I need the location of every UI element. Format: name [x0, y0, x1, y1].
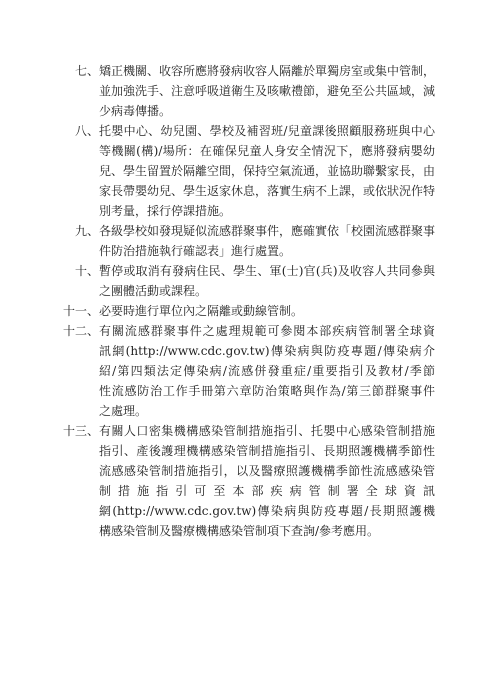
text-line: 之處理。 [99, 401, 435, 421]
item-text: 矯正機關、收容所應將發病收容人隔離於單獨房室或集中管制，並加強洗手、注意呼吸道衛… [99, 61, 435, 121]
item-text: 暫停或取消有發病住民、學生、軍(士)官(兵)及收容人共同參與之團體活動或課程。 [99, 261, 435, 301]
text-line: 件防治措施執行確認表」進行處置。 [99, 241, 435, 261]
list-item: 九、 各級學校如發現疑似流感群聚事件，應確實依「校園流感群聚事件防治措施執行確認… [55, 221, 437, 261]
item-number: 十三、 [55, 421, 99, 441]
text-line: 網(http://www.cdc.gov.tw)傳染病與防疫專題/長期照護機 [99, 501, 435, 521]
numbered-list: 七、 矯正機關、收容所應將發病收容人隔離於單獨房室或集中管制，並加強洗手、注意呼… [55, 61, 437, 541]
text-line: 暫停或取消有發病住民、學生、軍(士)官(兵)及收容人共同參與 [99, 261, 435, 281]
text-line: 性流感防治工作手冊第六章防治策略與作為/第三節群聚事件 [99, 381, 435, 401]
item-number: 十、 [55, 261, 99, 281]
item-number: 八、 [55, 121, 99, 141]
item-text: 各級學校如發現疑似流感群聚事件，應確實依「校園流感群聚事件防治措施執行確認表」進… [99, 221, 435, 261]
text-line: 別考量，採行停課措施。 [99, 201, 435, 221]
list-item: 十一、 必要時進行單位內之隔離或動線管制。 [55, 301, 437, 321]
item-number: 九、 [55, 221, 99, 241]
text-line: 等機關(構)/場所：在確保兒童人身安全情況下，應將發病嬰幼 [99, 141, 435, 161]
item-text: 有關人口密集機構感染管制措施指引、托嬰中心感染管制措施指引、產後護理機構感染管制… [99, 421, 435, 541]
item-text: 必要時進行單位內之隔離或動線管制。 [99, 301, 435, 321]
item-number: 十一、 [55, 301, 99, 321]
list-item: 十三、 有關人口密集機構感染管制措施指引、托嬰中心感染管制措施指引、產後護理機構… [55, 421, 437, 541]
text-line: 之團體活動或課程。 [99, 281, 435, 301]
text-line: 托嬰中心、幼兒園、學校及補習班/兒童課後照顧服務班與中心 [99, 121, 435, 141]
item-text: 有關流感群聚事件之處理規範可參閱本部疾病管制署全球資訊網(http://www.… [99, 321, 435, 421]
text-line: 各級學校如發現疑似流感群聚事件，應確實依「校園流感群聚事 [99, 221, 435, 241]
text-line: 必要時進行單位內之隔離或動線管制。 [99, 301, 435, 321]
text-line: 紹/第四類法定傳染病/流感併發重症/重要指引及教材/季節 [99, 361, 435, 381]
list-item: 十、 暫停或取消有發病住民、學生、軍(士)官(兵)及收容人共同參與之團體活動或課… [55, 261, 437, 301]
text-line: 兒、學生留置於隔離空間，保持空氣流通，並協助聯繫家長，由 [99, 161, 435, 181]
list-item: 十二、 有關流感群聚事件之處理規範可參閱本部疾病管制署全球資訊網(http://… [55, 321, 437, 421]
item-text: 托嬰中心、幼兒園、學校及補習班/兒童課後照顧服務班與中心等機關(構)/場所：在確… [99, 121, 435, 221]
document-page: 七、 矯正機關、收容所應將發病收容人隔離於單獨房室或集中管制，並加強洗手、注意呼… [0, 0, 495, 700]
list-item: 七、 矯正機關、收容所應將發病收容人隔離於單獨房室或集中管制，並加強洗手、注意呼… [55, 61, 437, 121]
text-line: 家長帶嬰幼兒、學生返家休息，落實生病不上課，或依狀況作特 [99, 181, 435, 201]
text-line: 少病毒傳播。 [99, 101, 435, 121]
text-line: 制措施指引可至本部疾病管制署全球資訊 [99, 481, 435, 501]
item-number: 十二、 [55, 321, 99, 341]
text-line: 矯正機關、收容所應將發病收容人隔離於單獨房室或集中管制， [99, 61, 435, 81]
text-line: 訊網(http://www.cdc.gov.tw)傳染病與防疫專題/傳染病介 [99, 341, 435, 361]
text-line: 有關人口密集機構感染管制措施指引、托嬰中心感染管制措施 [99, 421, 435, 441]
text-line: 有關流感群聚事件之處理規範可參閱本部疾病管制署全球資 [99, 321, 435, 341]
text-line: 構感染管制及醫療機構感染管制項下查詢/參考應用。 [99, 521, 435, 541]
text-line: 並加強洗手、注意呼吸道衛生及咳嗽禮節，避免至公共區域，減 [99, 81, 435, 101]
text-line: 指引、產後護理機構感染管制措施指引、長期照護機構季節性 [99, 441, 435, 461]
list-item: 八、 托嬰中心、幼兒園、學校及補習班/兒童課後照顧服務班與中心等機關(構)/場所… [55, 121, 437, 221]
item-number: 七、 [55, 61, 99, 81]
text-line: 流感感染管制措施指引，以及醫療照護機構季節性流感感染管 [99, 461, 435, 481]
